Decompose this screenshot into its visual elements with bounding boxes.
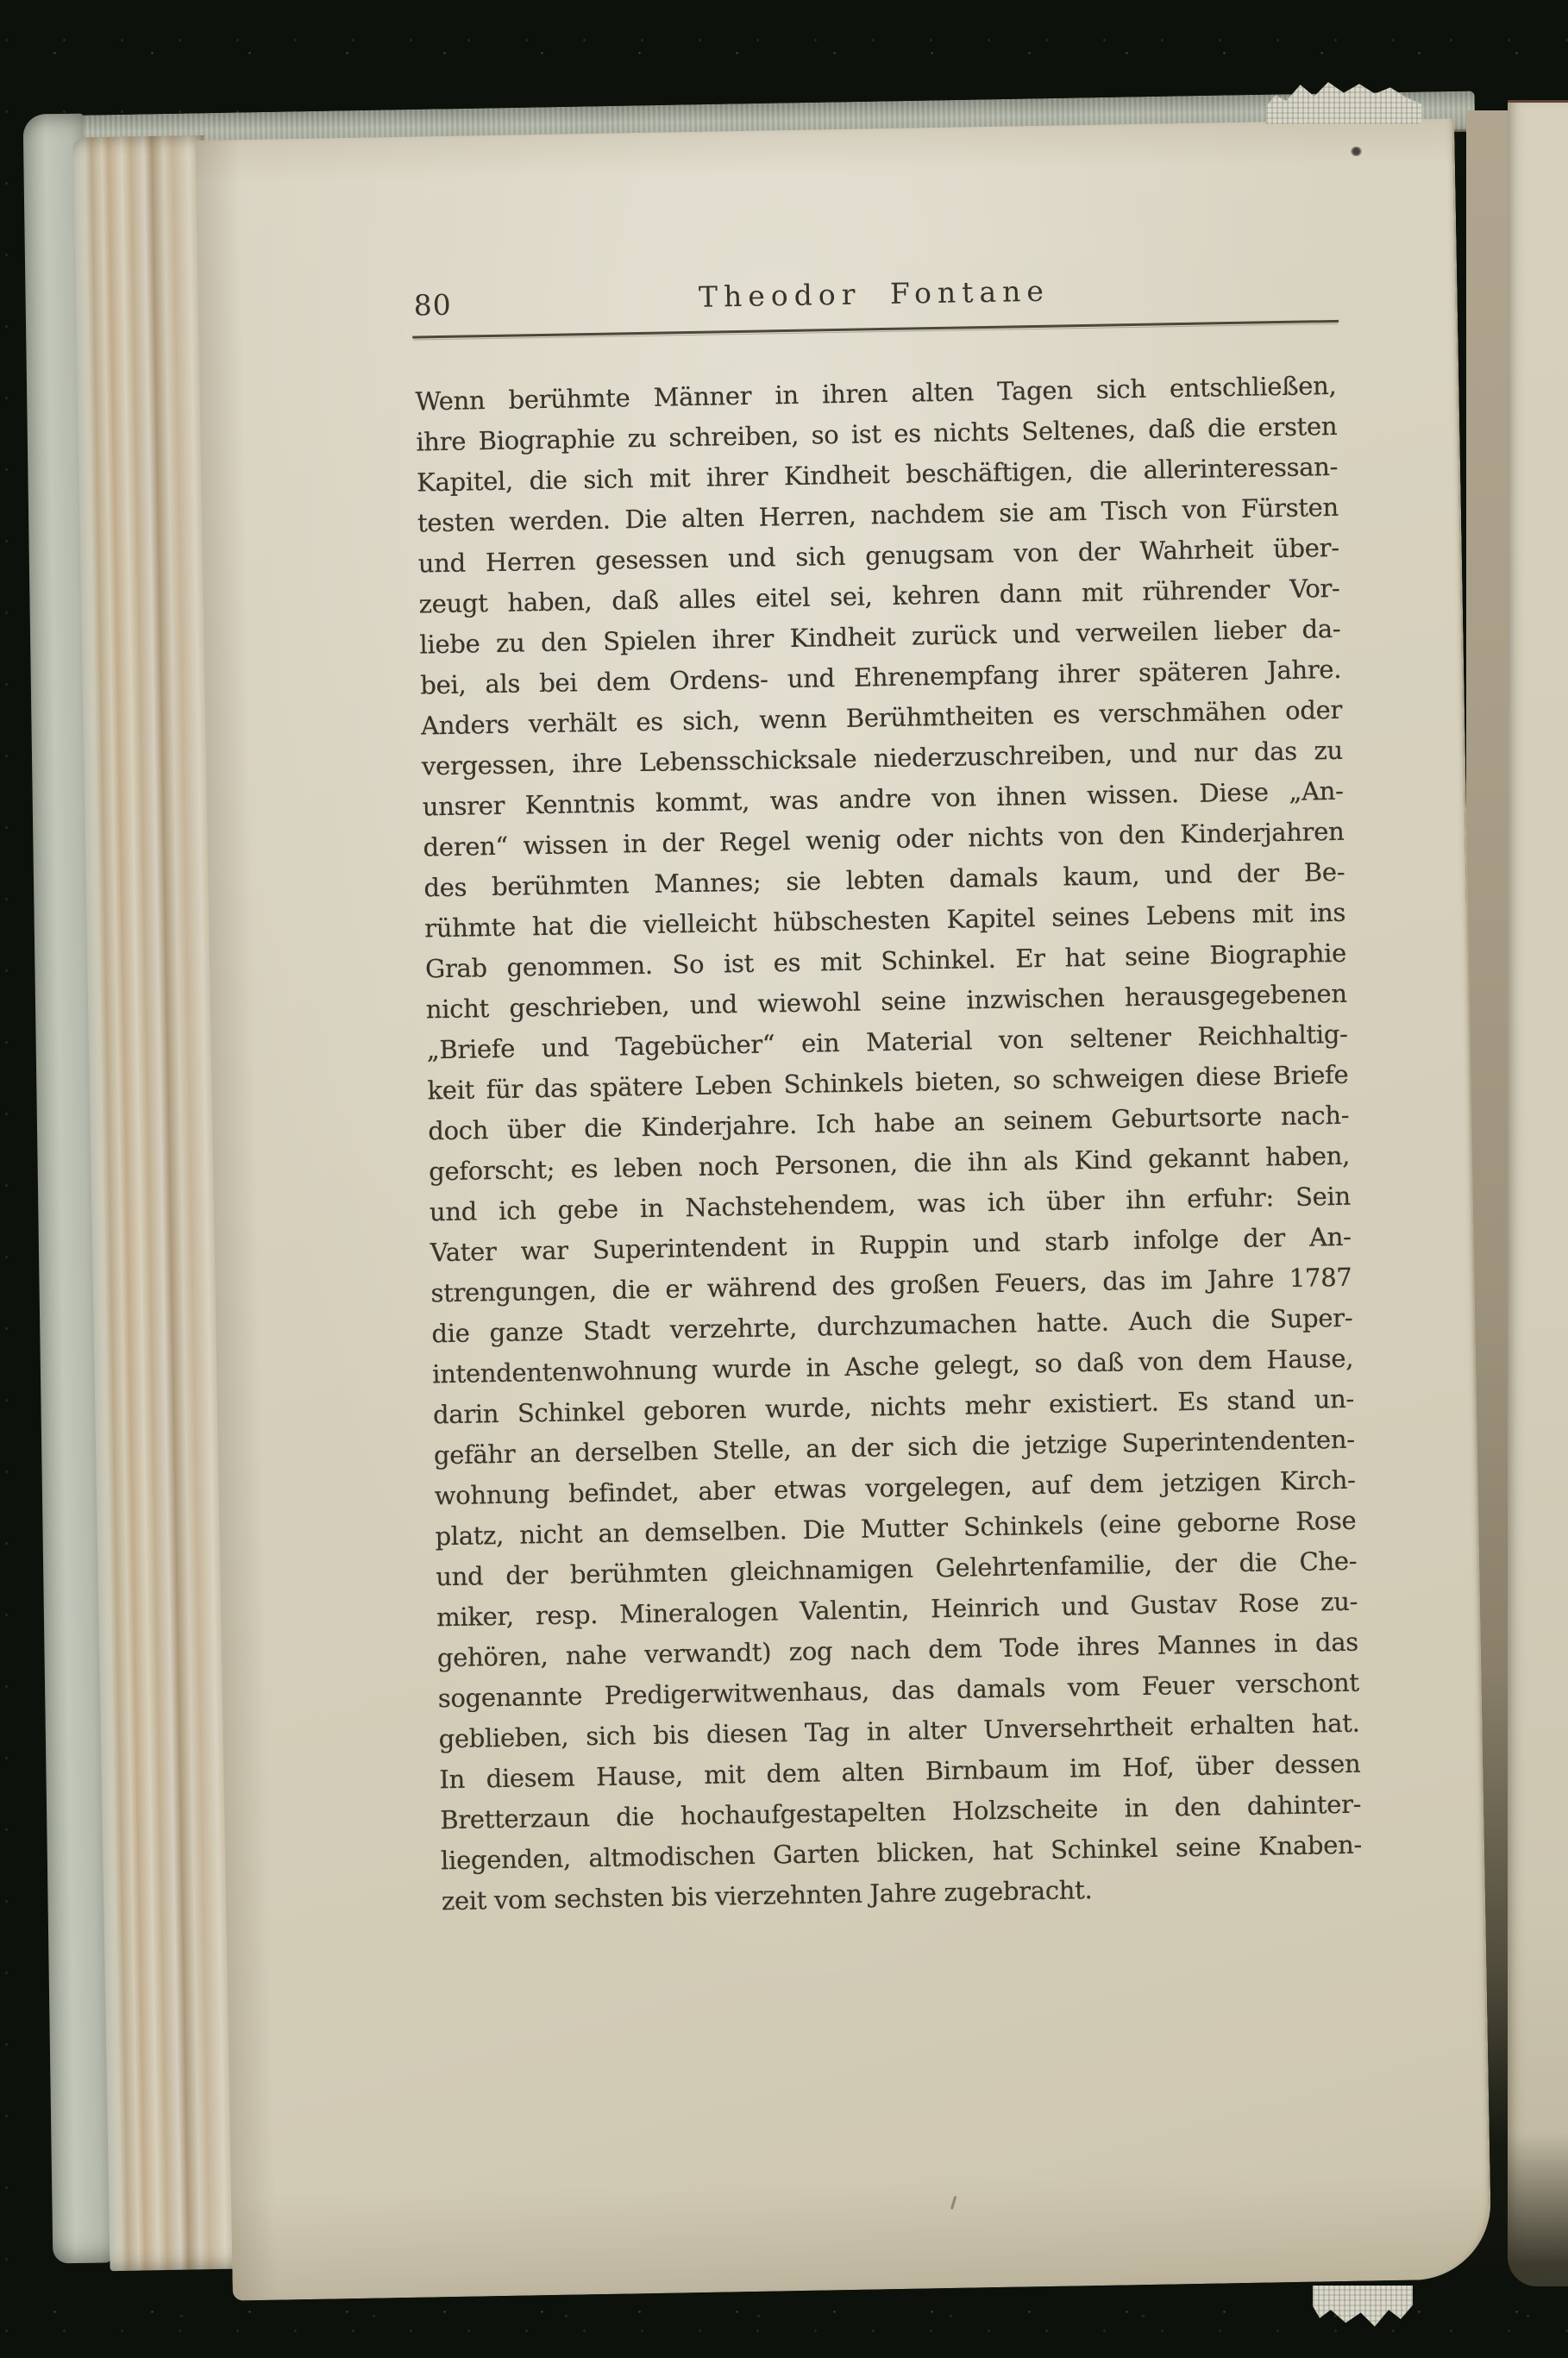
facing-page-block	[1508, 100, 1568, 2286]
paper-speck	[950, 2196, 957, 2210]
page-header: 80 Theodor Fontane	[413, 266, 1335, 339]
header-rule	[412, 320, 1339, 339]
printed-content: 80 Theodor Fontane Wenn berühmte Männer …	[413, 266, 1363, 1922]
paper-speck	[1351, 147, 1362, 156]
text-block: Wenn berühmte Männer in ihren alten Tage…	[415, 366, 1363, 1922]
book-page: 80 Theodor Fontane Wenn berühmte Männer …	[195, 118, 1491, 2300]
running-title: Theodor Fontane	[413, 269, 1335, 319]
